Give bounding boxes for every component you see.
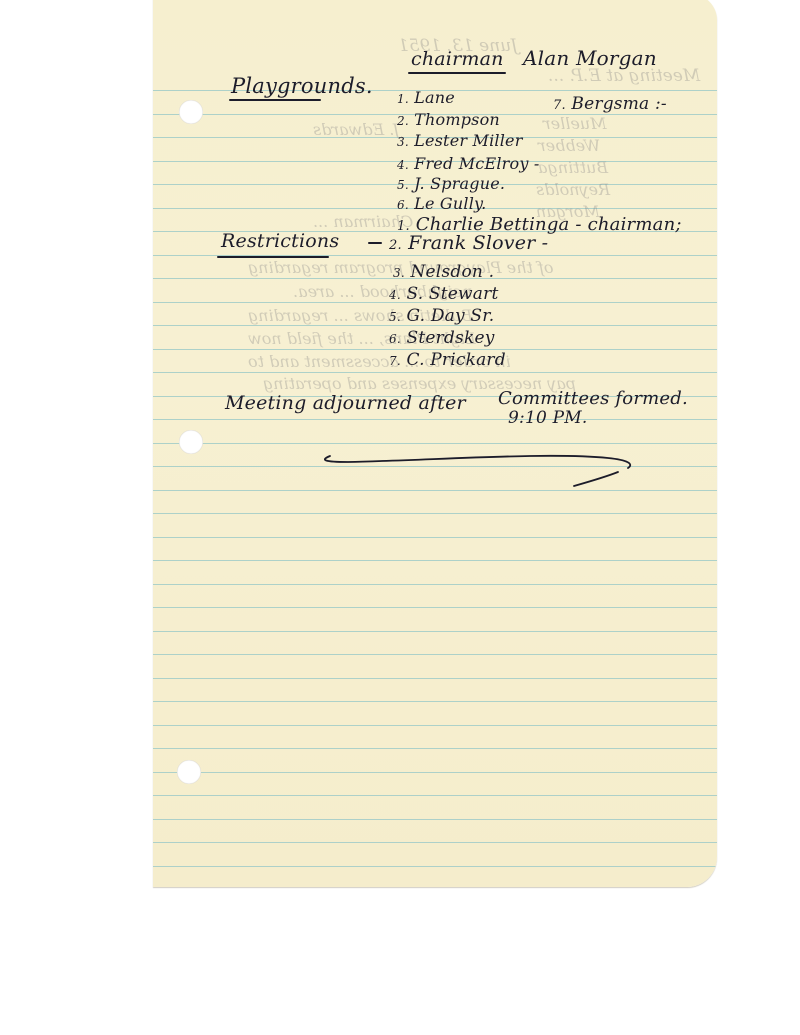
ruled-line [153, 772, 717, 773]
restrictions-dash [368, 242, 382, 244]
list-item: 4. S. Stewart [389, 284, 499, 304]
ruled-line [153, 678, 717, 679]
ruled-line [153, 607, 717, 608]
ruled-line [153, 372, 717, 373]
ruled-line [153, 419, 717, 420]
signature-flourish [318, 442, 658, 502]
ruled-line [153, 560, 717, 561]
ruled-line [153, 631, 717, 632]
ruled-line [153, 748, 717, 749]
list-item: 1. Lane [397, 88, 455, 107]
bleed-list-3: Reynolds [536, 180, 610, 199]
ruled-line [153, 819, 717, 820]
list-item: 5. G. Day Sr. [389, 306, 494, 326]
bleed-edwards: J. Edwards [313, 120, 400, 139]
closing-committees: Committees formed. [498, 388, 688, 409]
ruled-line [153, 725, 717, 726]
ruled-line [153, 513, 717, 514]
list-item: 3. Nelsdon . [393, 262, 494, 282]
restrictions-underline [217, 256, 329, 258]
hole-punch-middle [179, 430, 203, 454]
ruled-line [153, 584, 717, 585]
hole-punch-bottom [177, 760, 201, 784]
list-item: 4. Fred McElroy - [397, 154, 539, 173]
chairman-label: chairman [411, 48, 504, 70]
list-item: 6. Sterdskey [389, 328, 495, 348]
list-item: 2. Thompson [397, 110, 500, 129]
chairman-name: Alan Morgan [523, 46, 657, 70]
list-item: 5. J. Sprague. [397, 174, 505, 193]
list-item: 7. Bergsma :- [553, 94, 667, 114]
list-item: 7. C. Prickard [389, 350, 506, 370]
closing-text: Meeting adjourned after [225, 392, 466, 414]
notebook-page: June 13, 1951 Meeting at E.P. ... J. Edw… [153, 0, 717, 887]
closing-time: 9:10 PM. [508, 408, 587, 428]
playgrounds-underline [229, 99, 321, 101]
bleed-list-2: Buttinga [538, 158, 608, 177]
section-title-playgrounds: Playgrounds. [231, 74, 373, 98]
list-item: 2. Frank Slover - [389, 232, 548, 254]
ruled-line [153, 866, 717, 867]
chairman-underline [408, 72, 506, 74]
list-item: 3. Lester Miller [397, 131, 523, 150]
bleed-list-0: Mueller [543, 114, 607, 133]
hole-punch-top [179, 100, 203, 124]
ruled-line [153, 537, 717, 538]
ruled-line [153, 654, 717, 655]
ruled-line [153, 795, 717, 796]
bleed-list-1: Webber [538, 136, 600, 155]
ruled-line [153, 842, 717, 843]
ruled-line [153, 701, 717, 702]
list-item: 6. Le Gully. [397, 194, 486, 213]
section-title-restrictions: Restrictions [221, 230, 339, 252]
